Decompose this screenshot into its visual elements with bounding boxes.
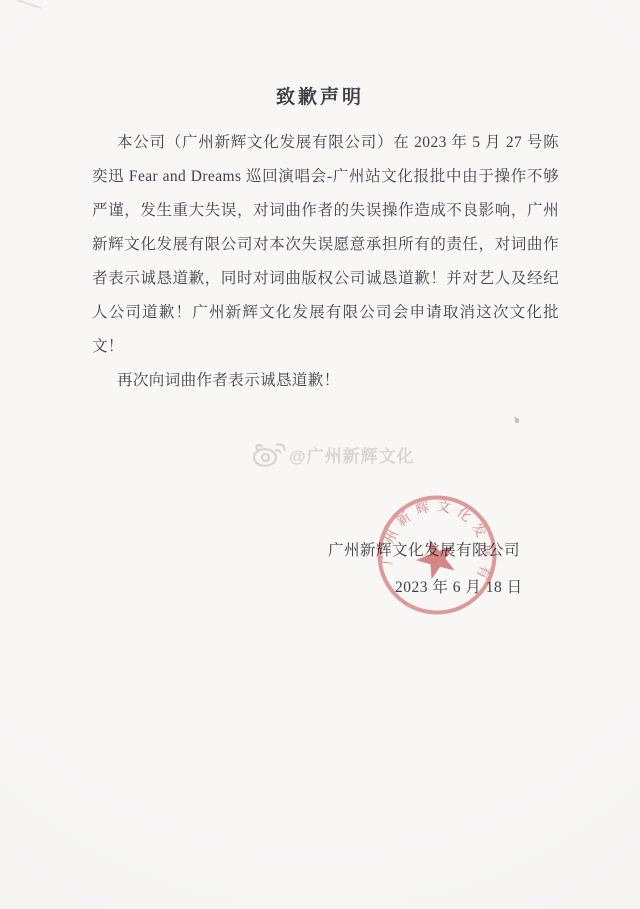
body-paragraph: 再次向词曲作者表示诚恳道歉！	[92, 364, 559, 398]
weibo-watermark: @广州新辉文化	[252, 440, 415, 468]
weibo-watermark-text: @广州新辉文化	[289, 442, 415, 467]
scanned-document-page: 致歉声明 本公司（广州新辉文化发展有限公司）在 2023 年 5 月 27 号陈…	[0, 0, 640, 909]
weibo-logo-icon	[252, 441, 286, 468]
document-title: 致歉声明	[0, 82, 640, 109]
document-body: 本公司（广州新辉文化发展有限公司）在 2023 年 5 月 27 号陈奕迅 Fe…	[92, 126, 559, 398]
seal-star-icon	[414, 537, 457, 581]
company-seal-stamp: 广州新辉文化发展有限公司	[372, 493, 502, 619]
body-paragraph: 本公司（广州新辉文化发展有限公司）在 2023 年 5 月 27 号陈奕迅 Fe…	[92, 126, 559, 364]
seal-arc-text: 广州新辉文化发展有限公司	[372, 493, 502, 588]
scan-speck	[515, 418, 519, 423]
scan-artifact-mark	[16, 0, 41, 9]
